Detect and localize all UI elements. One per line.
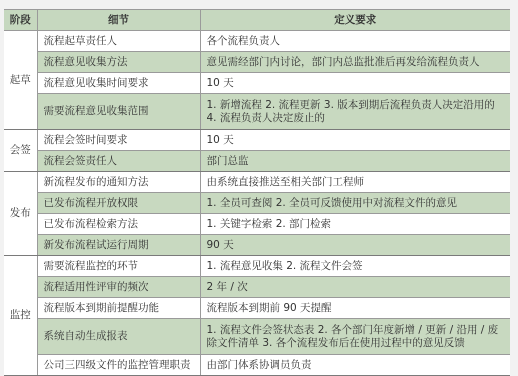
stage-cell-publish: 发布 — [4, 172, 37, 256]
detail-cell: 已发布流程检索方法 — [37, 214, 200, 235]
table-row: 新发布流程试运行周期 90 天 — [4, 235, 510, 256]
requirement-cell: 90 天 — [200, 235, 510, 256]
requirement-cell: 10 天 — [200, 73, 510, 94]
table-row: 流程意见收集时间要求 10 天 — [4, 73, 510, 94]
requirement-cell: 意见需经部门内讨论，部门内总监批准后再发给流程负责人 — [200, 52, 510, 73]
process-requirements-table-wrapper: 阶段 细节 定义要求 起草 流程起草责任人 各个流程负责人 流程意见收集方法 意… — [4, 9, 510, 356]
process-requirements-table: 阶段 细节 定义要求 起草 流程起草责任人 各个流程负责人 流程意见收集方法 意… — [4, 9, 510, 356]
header-stage: 阶段 — [4, 10, 37, 31]
table-row: 流程适用性评审的频次 2 年 / 次 — [4, 277, 510, 298]
requirement-cell: 1. 关键字检索 2. 部门检索 — [200, 214, 510, 235]
header-requirement: 定义要求 — [200, 10, 510, 31]
detail-cell: 需要流程意见收集范围 — [37, 94, 200, 130]
requirement-cell: 1. 新增流程 2. 流程更新 3. 版本到期后流程负责人决定沿用的 4. 流程… — [200, 94, 510, 130]
detail-cell: 流程会签责任人 — [37, 151, 200, 172]
requirement-cell: 流程版本到期前 90 天提醒 — [200, 298, 510, 319]
table-row: 流程意见收集方法 意见需经部门内讨论，部门内总监批准后再发给流程负责人 — [4, 52, 510, 73]
requirement-cell: 2 年 / 次 — [200, 277, 510, 298]
requirement-cell: 1. 流程文件会签状态表 2. 各个部门年度新增 / 更新 / 沿用 / 废除文… — [200, 319, 510, 355]
stage-cell-drafting: 起草 — [4, 31, 37, 130]
stage-cell-countersign: 会签 — [4, 130, 37, 172]
table-row: 会签 流程会签时间要求 10 天 — [4, 130, 510, 151]
requirement-cell: 1. 全员可查阅 2. 全员可反馈使用中对流程文件的意见 — [200, 193, 510, 214]
table-row: 需要流程意见收集范围 1. 新增流程 2. 流程更新 3. 版本到期后流程负责人… — [4, 94, 510, 130]
table-row: 流程会签责任人 部门总监 — [4, 151, 510, 172]
table-header-row: 阶段 细节 定义要求 — [4, 10, 510, 31]
requirement-cell: 10 天 — [200, 130, 510, 151]
stage-cell-monitor: 监控 — [4, 256, 37, 357]
detail-cell: 已发布流程开放权限 — [37, 193, 200, 214]
detail-cell: 流程版本到期前提醒功能 — [37, 298, 200, 319]
detail-cell: 新发布流程试运行周期 — [37, 235, 200, 256]
table-row: 发布 新流程发布的通知方法 由系统直接推送至相关部门工程师 — [4, 172, 510, 193]
detail-cell: 流程会签时间要求 — [37, 130, 200, 151]
detail-cell: 流程意见收集时间要求 — [37, 73, 200, 94]
table-row: 系统自动生成报表 1. 流程文件会签状态表 2. 各个部门年度新增 / 更新 /… — [4, 319, 510, 355]
header-detail: 细节 — [37, 10, 200, 31]
detail-cell: 需要流程监控的环节 — [37, 256, 200, 277]
requirement-cell: 部门总监 — [200, 151, 510, 172]
table-row: 已发布流程检索方法 1. 关键字检索 2. 部门检索 — [4, 214, 510, 235]
requirement-cell: 1. 流程意见收集 2. 流程文件会签 — [200, 256, 510, 277]
detail-cell: 流程适用性评审的频次 — [37, 277, 200, 298]
requirement-cell: 各个流程负责人 — [200, 31, 510, 52]
detail-cell: 新流程发布的通知方法 — [37, 172, 200, 193]
table-row: 流程版本到期前提醒功能 流程版本到期前 90 天提醒 — [4, 298, 510, 319]
requirement-cell: 由系统直接推送至相关部门工程师 — [200, 172, 510, 193]
table-row: 监控 需要流程监控的环节 1. 流程意见收集 2. 流程文件会签 — [4, 256, 510, 277]
table-row: 已发布流程开放权限 1. 全员可查阅 2. 全员可反馈使用中对流程文件的意见 — [4, 193, 510, 214]
detail-cell: 系统自动生成报表 — [37, 319, 200, 355]
table-row: 起草 流程起草责任人 各个流程负责人 — [4, 31, 510, 52]
detail-cell: 流程意见收集方法 — [37, 52, 200, 73]
detail-cell: 流程起草责任人 — [37, 31, 200, 52]
